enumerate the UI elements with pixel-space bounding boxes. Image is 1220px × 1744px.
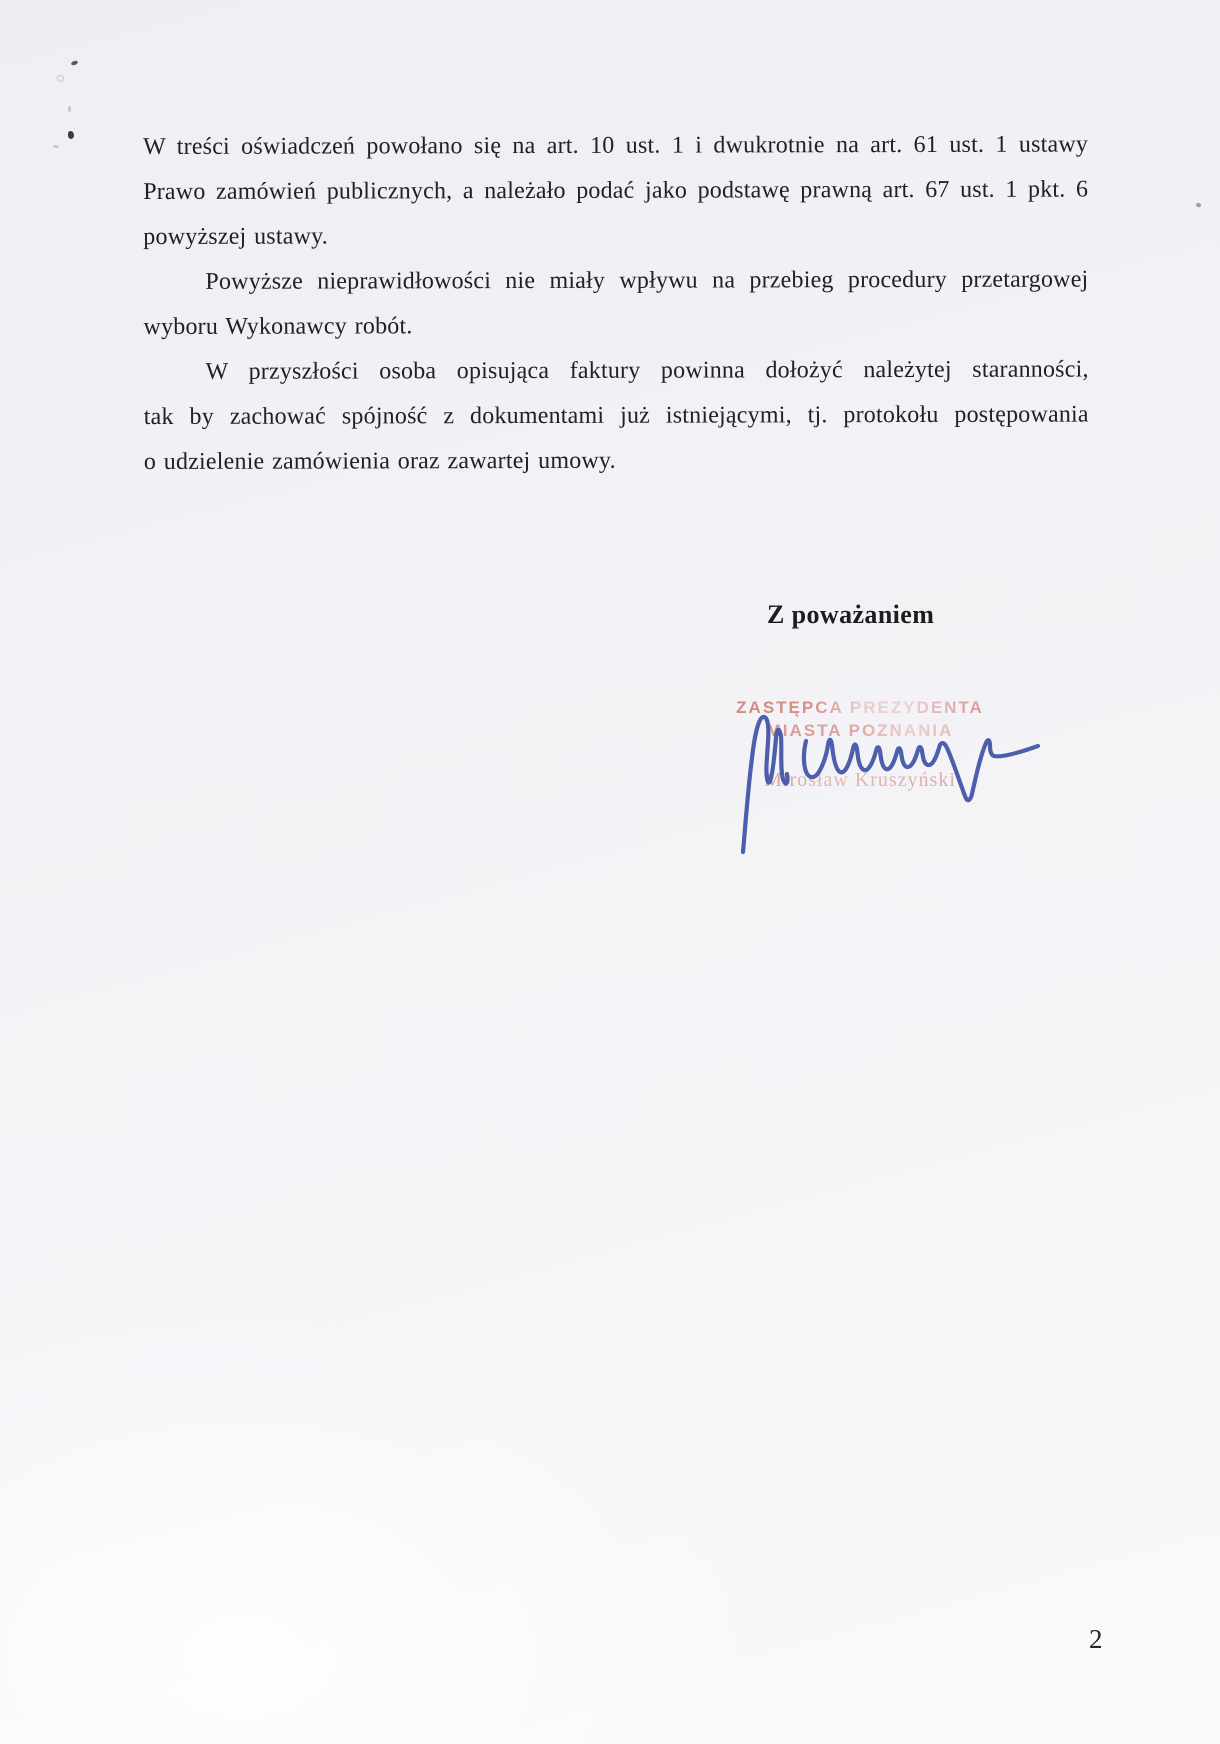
scan-speck [1195, 202, 1201, 208]
paragraph-line: W przyszłości osoba opisująca faktury po… [144, 348, 1089, 395]
signature-ink-icon [735, 702, 1045, 867]
scan-speck [71, 60, 79, 66]
paragraph: Powyższe nieprawidłowości nie miały wpły… [143, 258, 1088, 350]
paragraph-line: wyboru Wykonawcy robót. [143, 303, 1088, 350]
signature-stroke-initial [743, 717, 788, 852]
scan-speck [68, 106, 71, 112]
closing-salutation: Z poważaniem [767, 600, 934, 630]
paragraph-line: o udzielenie zamówienia oraz zawartej um… [144, 438, 1089, 485]
paragraph-line: tak by zachować spójność z dokumentami j… [144, 393, 1089, 440]
paragraph-line: Prawo zamówień publicznych, a należało p… [143, 168, 1088, 215]
paragraph-line: Powyższe nieprawidłowości nie miały wpły… [143, 258, 1088, 305]
scanned-letter-page: W treści oświadczeń powołano się na art.… [0, 0, 1220, 1744]
paragraph-line: W treści oświadczeń powołano się na art.… [143, 123, 1088, 170]
handwritten-signature [735, 702, 1045, 867]
paragraph: W przyszłości osoba opisująca faktury po… [144, 348, 1089, 485]
signature-stroke-surname [804, 740, 1038, 801]
scan-speck [68, 131, 74, 139]
paragraph-line: powyższej ustawy. [143, 213, 1088, 260]
letter-body: W treści oświadczeń powołano się na art.… [143, 123, 1089, 485]
paragraph: W treści oświadczeń powołano się na art.… [143, 123, 1088, 260]
page-number: 2 [1089, 1624, 1103, 1655]
scan-speck [57, 75, 64, 82]
scan-speck [53, 144, 60, 148]
